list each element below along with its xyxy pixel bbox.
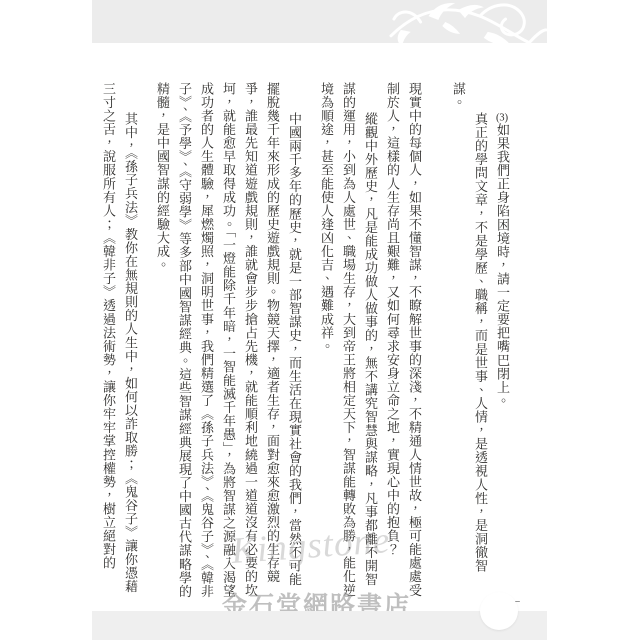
paragraph: 中國兩千多年的歷史，就是一部智謀史，而生活在現實社會的我們，當然不可能擺脫幾千年… bbox=[151, 82, 305, 598]
book-page-preview: (3)如果我們正身陷困境時，請一定要把嘴巴閉上。 真正的學問文章，不是學歷、職稱… bbox=[0, 0, 640, 640]
paragraph: 縱觀中外歷史，凡是能成功做人做事的，無不講究智慧與謀略，凡事都離不開智謀的運用，… bbox=[315, 82, 381, 598]
paragraph-text: 如果我們正身陷困境時，請一定要把嘴巴閉上。 bbox=[495, 123, 510, 408]
floral-flourish-icon bbox=[389, 0, 547, 43]
paragraph: (3)如果我們正身陷困境時，請一定要把嘴巴閉上。 bbox=[491, 82, 513, 598]
paragraph: 其中，《孫子兵法》教你在無規則的人生中，如何以詐取勝；《鬼谷子》讓你憑藉三寸之舌… bbox=[97, 82, 141, 598]
page-edge-band bbox=[92, 611, 547, 640]
article-text: (3)如果我們正身陷困境時，請一定要把嘴巴閉上。 真正的學問文章，不是學歷、職稱… bbox=[111, 82, 513, 598]
chapter-banner bbox=[92, 0, 547, 43]
paragraph: 真正的學問文章，不是學歷、職稱，而是世事、人情，是透視人性，是洞徹智謀。 bbox=[447, 82, 491, 598]
paragraph: 現實中的每個人，如果不懂智謀，不瞭解世事的深淺，不精通人情世故，極可能處處受制於… bbox=[381, 82, 425, 598]
page-edge-notch bbox=[480, 592, 518, 630]
section-number-marker: (3) bbox=[496, 112, 508, 123]
